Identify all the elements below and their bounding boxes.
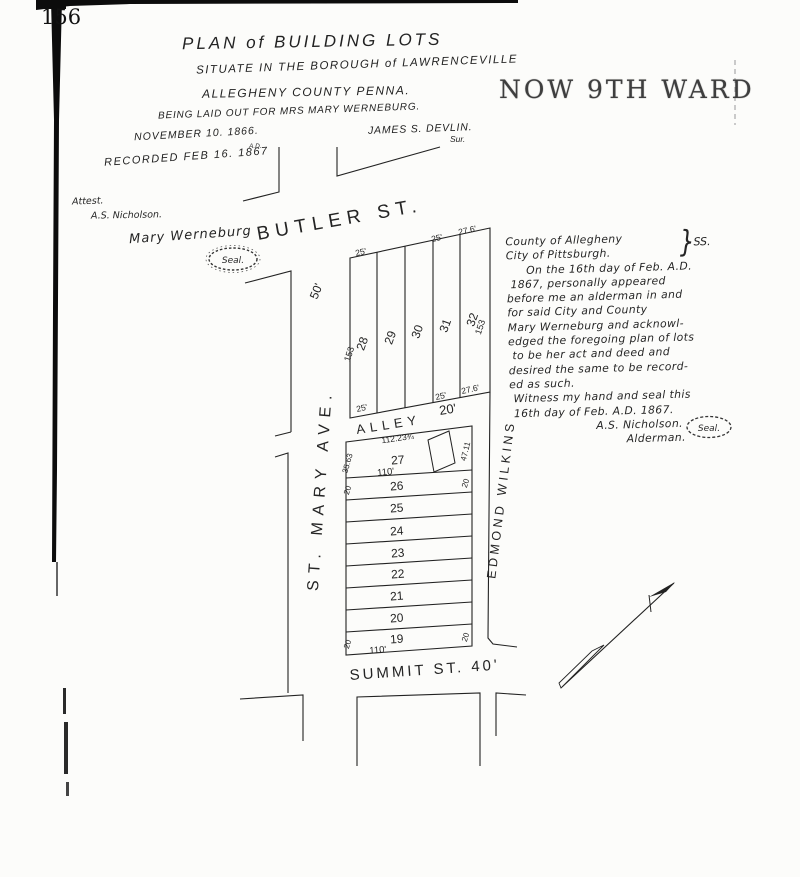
lot-number-27: 27 (391, 453, 406, 468)
lot-number-22: 22 (391, 567, 406, 582)
dim-top-right-2: 27.6' (457, 223, 477, 237)
lot-number-30: 30 (408, 323, 426, 341)
lot-number-26: 26 (390, 479, 405, 494)
scanned-plat-page: Seal. Seal. BUTLER ST. ST. MARY AVE. 50'… (0, 0, 800, 877)
lower-lot-block (346, 426, 472, 655)
west-block-lower (275, 453, 288, 693)
lot-divider (346, 558, 472, 566)
surveyor-title: Sur. (450, 134, 465, 144)
west-block-upper (245, 271, 291, 432)
south-center-block (357, 693, 480, 766)
attest-name: A.S. Nicholson. (91, 209, 162, 221)
lot-number-19: 19 (390, 632, 405, 647)
southwest-block (240, 695, 303, 741)
dim-block-bottom: 110' (369, 644, 387, 656)
north-arrow (559, 582, 675, 688)
seal-text: Seal. (222, 256, 244, 266)
north-arrow-fletch (559, 645, 604, 688)
lot-number-21: 21 (390, 589, 405, 604)
scan-border-dash (66, 782, 69, 796)
dim-top-left: 25' (354, 246, 367, 258)
lot-divider (346, 492, 472, 500)
north-arrow-shaft (562, 583, 674, 687)
dim-lot26-right: 20 (460, 477, 471, 489)
lot-divider (346, 580, 472, 588)
summit-st-label: SUMMIT ST. 40' (349, 657, 500, 684)
dim-lot27-right: 47.11 (459, 440, 473, 462)
werneburg-seal: Seal. (206, 246, 260, 273)
notary-block: County of Allegheny City of Pittsburgh. … (503, 229, 767, 450)
scan-border-top (36, 0, 518, 10)
lot-number-28: 28 (353, 335, 371, 353)
dim-bottom-left: 25' (355, 402, 368, 414)
scan-border-dash (63, 688, 66, 714)
alley-west-stub-north (275, 432, 291, 436)
butler-north-east-corner (337, 147, 440, 176)
lot-number-24: 24 (390, 524, 405, 539)
lot-divider (346, 536, 472, 544)
dim-lot26-left: 20 (342, 484, 353, 496)
lot-divider (346, 602, 472, 610)
alley-width-label: 20' (438, 400, 457, 417)
page-number: 156 (41, 5, 81, 29)
lot-number-25: 25 (390, 501, 405, 516)
lot-number-29: 29 (381, 329, 399, 347)
lot-divider (346, 514, 472, 522)
st-mary-width-label: 50' (307, 281, 326, 301)
lot-divider (346, 470, 472, 478)
scan-border-dash (64, 722, 68, 774)
dim-lot27-top: 112.23¾ (381, 431, 415, 446)
depth-left-153: 153 (342, 345, 356, 362)
building-footprint (428, 431, 455, 472)
notary-ss: SS. (693, 235, 710, 248)
southeast-block (496, 693, 526, 736)
ward-stamp: NOW 9TH WARD (499, 75, 755, 104)
lot-number-31: 31 (436, 317, 454, 335)
butler-st-label: BUTLER ST. (255, 195, 424, 245)
lot-number-20: 20 (390, 611, 405, 626)
lot-number-23: 23 (391, 546, 406, 561)
dim-lot27-bottom: 110' (377, 466, 395, 479)
scan-border-left (51, 0, 62, 562)
north-arrow-tick (649, 595, 651, 612)
scan-border-fade (56, 562, 58, 596)
dim-lot19-right: 20 (460, 631, 471, 643)
dim-lot19-left: 20 (342, 638, 353, 650)
dim-top-right-1: 25' (430, 232, 443, 244)
dim-lot27-left: 35.63 (341, 452, 355, 474)
attest-label: Attest. (72, 195, 104, 207)
st-mary-ave-label: ST. MARY AVE. (305, 388, 336, 592)
lot-divider (346, 624, 472, 632)
